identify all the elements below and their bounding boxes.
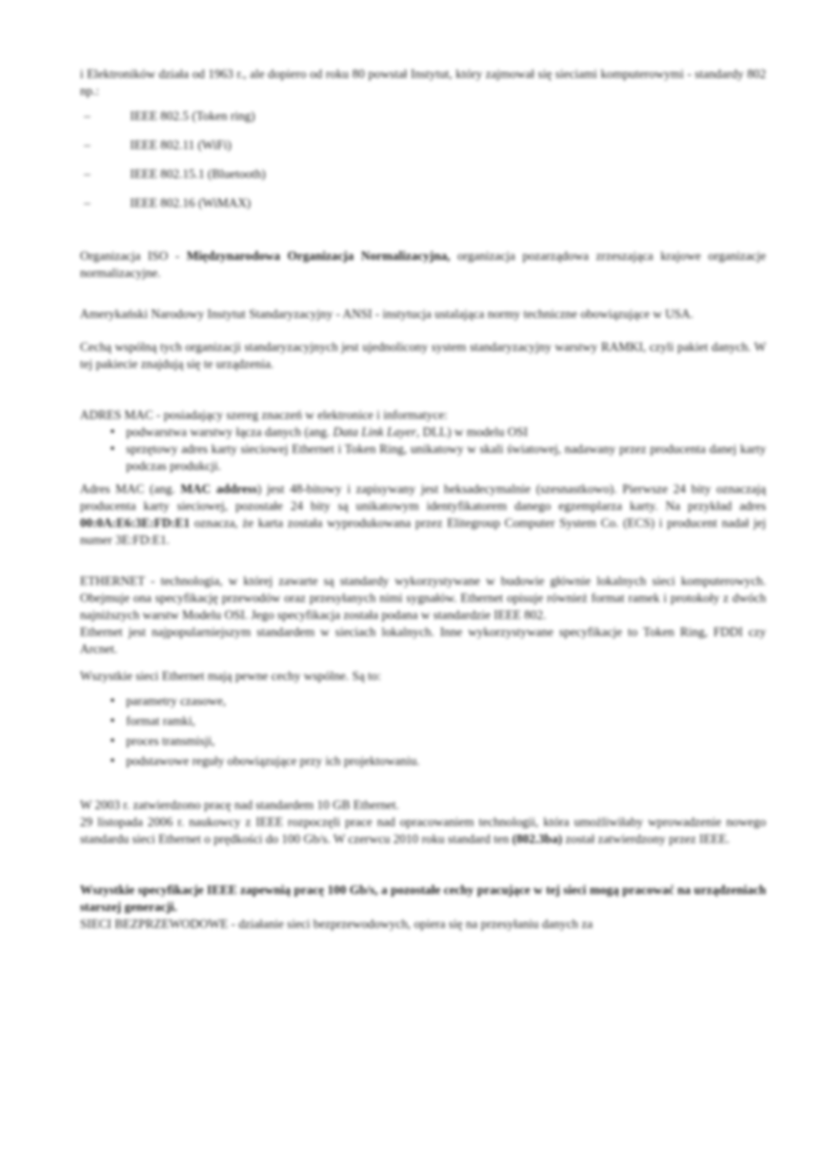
list-item: –IEEE 802.15.1 (Bluetooth)	[80, 166, 766, 195]
ethernet-common-intro: Wszystkie sieci Ethernet mają pewne cech…	[80, 668, 766, 685]
list-item: format ramki,	[124, 713, 766, 730]
ethernet-paragraph: ETHERNET - technologia, w której zawarte…	[80, 573, 766, 624]
closing-bold-paragraph: Wszystkie specyfikacje IEEE zapewnią pra…	[80, 882, 766, 916]
list-item: proces transmisji,	[124, 733, 766, 750]
document-content: i Elektroników działa od 1963 r., ale do…	[80, 66, 766, 933]
dash-marker: –	[80, 137, 130, 154]
document-page: i Elektroników działa od 1963 r., ale do…	[0, 0, 826, 1169]
intro-paragraph: i Elektroników działa od 1963 r., ale do…	[80, 66, 766, 100]
wireless-paragraph: SIECI BEZPRZEWODOWE - działanie sieci be…	[80, 916, 766, 933]
ethernet-features-list: parametry czasowe, format ramki, proces …	[80, 693, 766, 770]
dash-marker: –	[80, 195, 130, 212]
list-item: parametry czasowe,	[124, 693, 766, 710]
osi-paragraph: Cechą wspólną tych organizacji standaryz…	[80, 339, 766, 373]
list-item: sprzętowy adres karty sieciowej Ethernet…	[124, 441, 766, 475]
history-line-1: W 2003 r. zatwierdzono pracę nad standar…	[80, 797, 766, 814]
list-item: –IEEE 802.16 (WiMAX)	[80, 195, 766, 224]
dash-marker: –	[80, 108, 130, 125]
mac-bullets: podwarstwa warstwy łącza danych (ang. Da…	[80, 424, 766, 475]
mac-heading: ADRES MAC - posiadający szereg znaczeń w…	[80, 407, 766, 424]
dash-marker: –	[80, 166, 130, 183]
standards-list: –IEEE 802.5 (Token ring) –IEEE 802.11 (W…	[80, 108, 766, 224]
list-item: podwarstwa warstwy łącza danych (ang. Da…	[124, 424, 766, 441]
mac-description: Adres MAC (ang. MAC address) jest 48-bit…	[80, 481, 766, 549]
list-item: –IEEE 802.11 (WiFi)	[80, 137, 766, 166]
ansi-paragraph: Amerykański Narodowy Instytut Standaryza…	[80, 306, 766, 323]
list-item: –IEEE 802.5 (Token ring)	[80, 108, 766, 137]
iso-paragraph: Organizacja ISO - Międzynarodowa Organiz…	[80, 248, 766, 282]
history-paragraph: 29 listopada 2006 r. naukowcy z IEEE roz…	[80, 814, 766, 848]
list-item: podstawowe reguły obowiązujące przy ich …	[124, 753, 766, 770]
ethernet-paragraph-2: Ethernet jest najpopularniejszym standar…	[80, 624, 766, 658]
